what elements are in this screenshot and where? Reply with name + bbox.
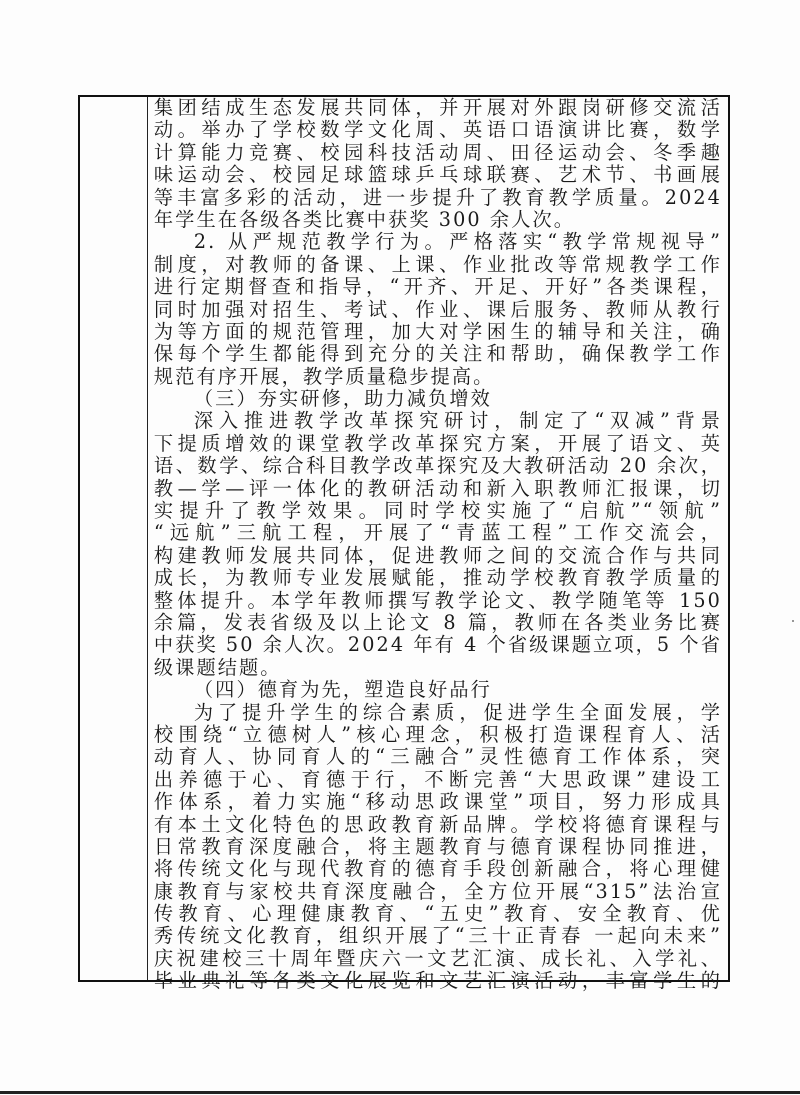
paragraph-line: 动。举办了学校数学文化周、英语口语演讲比赛，数学	[154, 119, 722, 141]
paragraph-line: 中获奖 50 余人次。2024 年有 4 个省级课题立项，5 个省	[154, 634, 722, 656]
paragraph-line: 为了提升学生的综合素质，促进学生全面发展，学	[154, 702, 722, 724]
paragraph-line: 集团结成生态发展共同体，并开展对外跟岗研修交流活	[154, 97, 722, 119]
paragraph-line: 下提质增效的课堂教学改革探究方案，开展了语文、英	[154, 433, 722, 455]
paragraph-line: 深入推进教学改革探究研讨，制定了“双减”背景	[154, 410, 722, 432]
paragraph-line: 进行定期督查和指导，“开齐、开足、开好”各类课程，	[154, 276, 722, 298]
paragraph-line: 实提升了教学效果。同时学校实施了“启航”“领航”	[154, 500, 722, 522]
paragraph-line: 教—学—评一体化的教研活动和新入职教师汇报课，切	[154, 478, 722, 500]
paragraph-line: 传教育、心理健康教育、“五史”教育、安全教育、优	[154, 903, 722, 925]
paragraph-line: 同时加强对招生、考试、作业、课后服务、教师从教行	[154, 299, 722, 321]
table-content-column: 集团结成生态发展共同体，并开展对外跟岗研修交流活动。举办了学校数学文化周、英语口…	[148, 97, 728, 980]
paragraph-line: 庆祝建校三十周年暨庆六一文艺汇演、成长礼、入学礼、	[154, 948, 722, 970]
table-left-column	[80, 97, 148, 980]
paragraph-line: 味运动会、校园足球篮球乒乓球联赛、艺术节、书画展	[154, 164, 722, 186]
scan-speck	[792, 620, 794, 622]
paragraph-line: 将传统文化与现代教育的德育手段创新融合，将心理健	[154, 858, 722, 880]
paragraph-line: 2. 从严规范教学行为。严格落实“教学常规视导”	[154, 231, 722, 253]
paragraph-line: 动育人、协同育人的“三融合”灵性德育工作体系，突	[154, 746, 722, 768]
paragraph-line: “远航”三航工程，开展了“青蓝工程”工作交流会，	[154, 522, 722, 544]
paragraph-line: 毕业典礼等各类文化展览和文艺汇演活动，丰富学生的	[154, 970, 722, 992]
paragraph-line: 日常教育深度融合，将主题教育与德育课程协同推进，	[154, 836, 722, 858]
page-bottom-edge	[0, 1091, 800, 1094]
paragraph-line: 校围绕“立德树人”核心理念，积极打造课程育人、活	[154, 724, 722, 746]
section-heading: （三）夯实研修，助力减负增效	[154, 388, 722, 410]
paragraph-line: 构建教师发展共同体，促进教师之间的交流合作与共同	[154, 545, 722, 567]
paragraph-line: 规范有序开展，教学质量稳步提高。	[154, 366, 722, 388]
paragraph-line: 级课题结题。	[154, 657, 722, 679]
paragraph-line: 出养德于心、育德于行，不断完善“大思政课”建设工	[154, 769, 722, 791]
report-table: 集团结成生态发展共同体，并开展对外跟岗研修交流活动。举办了学校数学文化周、英语口…	[78, 95, 730, 982]
paragraph-line: 成长，为教师专业发展赋能，推动学校教育教学质量的	[154, 567, 722, 589]
paragraph-line: 余篇，发表省级及以上论文 8 篇，教师在各类业务比赛	[154, 612, 722, 634]
paragraph-line: 为等方面的规范管理，加大对学困生的辅导和关注，确	[154, 321, 722, 343]
paragraph-line: 作体系，着力实施“移动思政课堂”项目，努力形成具	[154, 791, 722, 813]
paragraph-line: 保每个学生都能得到充分的关注和帮助，确保教学工作	[154, 343, 722, 365]
paragraph-line: 秀传统文化教育，组织开展了“三十正青春 一起向未来”	[154, 925, 722, 947]
paragraph-line: 等丰富多彩的活动，进一步提升了教育教学质量。2024	[154, 187, 722, 209]
paragraph-line: 康教育与家校共育深度融合，全方位开展“315”法治宣	[154, 881, 722, 903]
paragraph-line: 计算能力竞赛、校园科技活动周、田径运动会、冬季趣	[154, 142, 722, 164]
paragraph-line: 整体提升。本学年教师撰写教学论文、教学随笔等 150	[154, 590, 722, 612]
section-heading: （四）德育为先，塑造良好品行	[154, 679, 722, 701]
paragraph-line: 年学生在各级各类比赛中获奖 300 余人次。	[154, 209, 722, 231]
paragraph-line: 语、数学、综合科目教学改革探究及大教研活动 20 余次，	[154, 455, 722, 477]
paragraph-line: 制度，对教师的备课、上课、作业批改等常规教学工作	[154, 254, 722, 276]
paragraph-line: 有本土文化特色的思政教育新品牌。学校将德育课程与	[154, 814, 722, 836]
